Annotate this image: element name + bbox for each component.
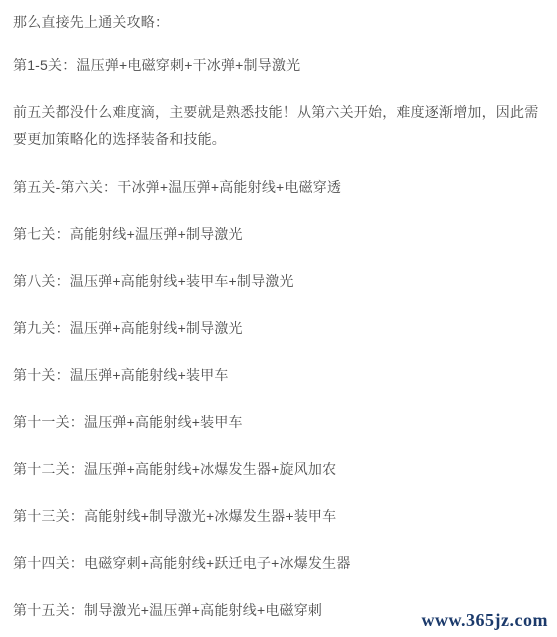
level-5-6-line: 第五关-第六关：干冰弹+温压弹+高能射线+电磁穿透 [13,174,544,201]
site-watermark: www.365jz.com [422,610,548,631]
level-1-5-line: 第1-5关：温压弹+电磁穿刺+干冰弹+制导激光 [13,52,544,79]
level-11-line: 第十一关：温压弹+高能射线+装甲车 [13,409,544,436]
level-10-line: 第十关：温压弹+高能射线+装甲车 [13,362,544,389]
intro-line: 那么直接先上通关攻略： [13,9,544,36]
level-14-line: 第十四关：电磁穿刺+高能射线+跃迁电子+冰爆发生器 [13,550,544,577]
level-8-line: 第八关：温压弹+高能射线+装甲车+制导激光 [13,268,544,295]
article-body: 那么直接先上通关攻略： 第1-5关：温压弹+电磁穿刺+干冰弹+制导激光 前五关都… [0,0,557,624]
difficulty-note-paragraph: 前五关都没什么难度滴，主要就是熟悉技能！从第六关开始，难度逐渐增加，因此需要更加… [13,99,544,153]
level-7-line: 第七关：高能射线+温压弹+制导激光 [13,221,544,248]
level-9-line: 第九关：温压弹+高能射线+制导激光 [13,315,544,342]
level-13-line: 第十三关：高能射线+制导激光+冰爆发生器+装甲车 [13,503,544,530]
level-12-line: 第十二关：温压弹+高能射线+冰爆发生器+旋风加农 [13,456,544,483]
